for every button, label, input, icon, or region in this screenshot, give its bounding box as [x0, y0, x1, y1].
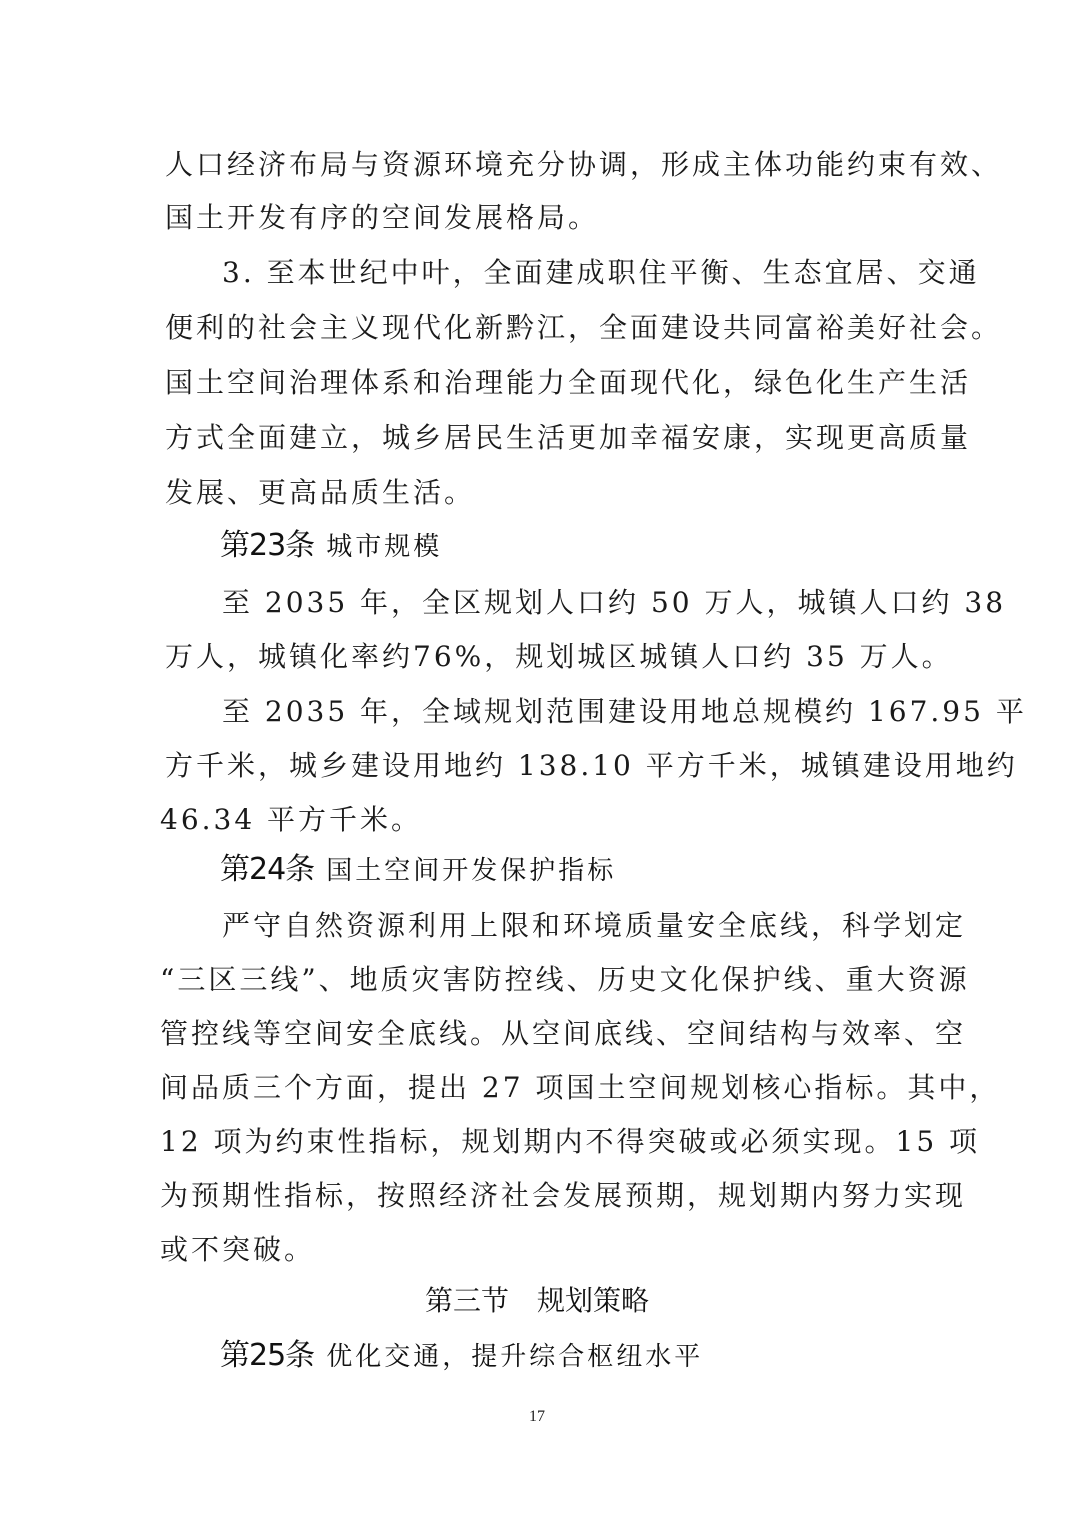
- body-line: 3. 至本世纪中叶，全面建成职住平衡、生态宜居、交通: [222, 256, 980, 290]
- body-line: 或不突破。: [160, 1233, 315, 1267]
- article-heading: 第24条国土空间开发保护指标: [220, 852, 616, 889]
- article-heading: 第23条城市规模: [220, 528, 442, 565]
- body-line: 46.34 平方千米。: [160, 803, 422, 837]
- body-line: 至 2035 年，全域规划范围建设用地总规模约 167.95 平: [222, 695, 1027, 729]
- body-line: 为预期性指标，按照经济社会发展预期，规划期内努力实现: [160, 1179, 966, 1213]
- body-line: 发展、更高品质生活。: [165, 476, 475, 510]
- article-title: 城市规模: [326, 532, 442, 562]
- document-page: 人口经济布局与资源环境充分协调，形成主体功能约束有效、 国土开发有序的空间发展格…: [0, 0, 1074, 1520]
- body-line: 12 项为约束性指标，规划期内不得突破或必须实现。15 项: [160, 1125, 980, 1159]
- body-line: 管控线等空间安全底线。从空间底线、空间结构与效率、空: [160, 1017, 966, 1051]
- body-line: 间品质三个方面，提出 27 项国土空间规划核心指标。其中，: [160, 1071, 1000, 1105]
- article-number: 第24条: [220, 852, 314, 887]
- body-line: 严守自然资源利用上限和环境质量安全底线，科学划定: [222, 909, 966, 943]
- article-number: 第25条: [220, 1338, 314, 1373]
- section-heading: 第三节 规划策略: [0, 1283, 1074, 1319]
- body-line: 国土开发有序的空间发展格局。: [165, 201, 599, 235]
- body-line: 人口经济布局与资源环境充分协调，形成主体功能约束有效、: [165, 148, 1002, 182]
- page-number: 17: [0, 1408, 1074, 1426]
- body-line: 国土空间治理体系和治理能力全面现代化，绿色化生产生活: [165, 366, 971, 400]
- body-line: 至 2035 年，全区规划人口约 50 万人，城镇人口约 38: [222, 586, 1006, 620]
- article-title: 优化交通，提升综合枢纽水平: [326, 1342, 703, 1372]
- body-line: “三区三线”、地质灾害防控线、历史文化保护线、重大资源: [160, 963, 970, 997]
- body-line: 万人，城镇化率约76%，规划城区城镇人口约 35 万人。: [165, 640, 953, 674]
- article-heading: 第25条优化交通，提升综合枢纽水平: [220, 1338, 703, 1375]
- article-title: 国土空间开发保护指标: [326, 856, 616, 886]
- body-line: 方千米，城乡建设用地约 138.10 平方千米，城镇建设用地约: [165, 749, 1018, 783]
- body-line: 方式全面建立，城乡居民生活更加幸福安康，实现更高质量: [165, 421, 971, 455]
- article-number: 第23条: [220, 528, 314, 563]
- body-line: 便利的社会主义现代化新黔江，全面建设共同富裕美好社会。: [165, 311, 1002, 345]
